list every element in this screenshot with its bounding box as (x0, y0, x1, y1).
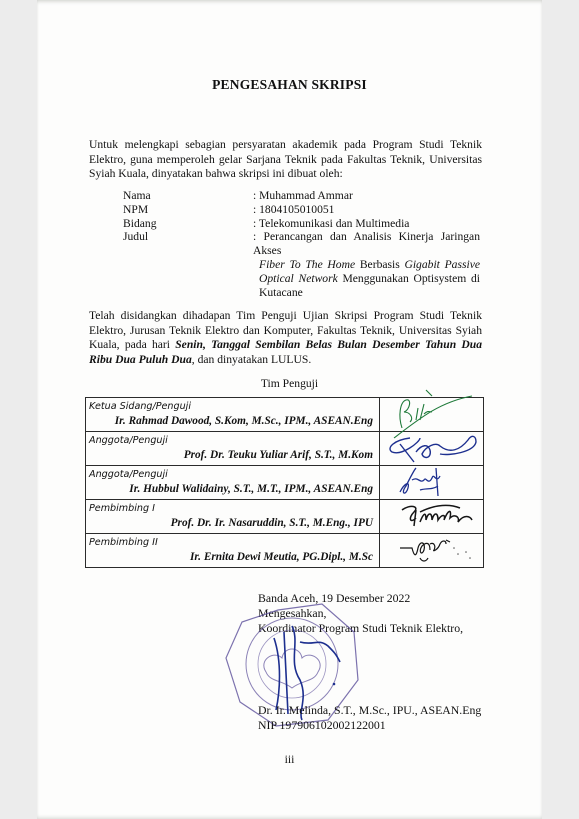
signature-green-icon (380, 398, 483, 432)
examiner-row: Ketua Sidang/Penguji Ir. Rahmad Dawood, … (86, 398, 484, 432)
thesis-title: : Perancangan dan Analisis Kinerja Jarin… (253, 230, 480, 299)
examiner-cell: Anggota/Penguji Prof. Dr. Teuku Yuliar A… (86, 432, 380, 466)
identity-label: Bidang (123, 217, 253, 231)
examiner-row: Anggota/Penguji Prof. Dr. Teuku Yuliar A… (86, 432, 484, 466)
examiner-cell: Anggota/Penguji Ir. Hubbul Walidainy, S.… (86, 466, 380, 500)
examiner-row: Pembimbing II Ir. Ernita Dewi Meutia, PG… (86, 534, 484, 568)
examiner-row: Pembimbing I Prof. Dr. Ir. Nasaruddin, S… (86, 500, 484, 534)
identity-row-nama: Nama : Muhammad Ammar (123, 189, 480, 203)
signature-cell (380, 534, 484, 568)
signature-cell (380, 398, 484, 432)
signature-cell (380, 466, 484, 500)
signature-cell (380, 432, 484, 466)
identity-label: Judul (123, 230, 253, 299)
identity-row-bidang: Bidang : Telekomunikasi dan Multimedia (123, 217, 480, 231)
thesis-title-italic-1: Fiber To The Home (259, 258, 355, 271)
examiner-cell: Pembimbing II Ir. Ernita Dewi Meutia, PG… (86, 534, 380, 568)
coordinator-signature-block: Dr. Ir. Melinda, S.T., M.Sc., IPU., ASEA… (258, 703, 481, 733)
identity-row-npm: NPM : 1804105010051 (123, 203, 480, 217)
defense-paragraph: Telah disidangkan dihadapan Tim Penguji … (89, 309, 482, 367)
examiner-name: Ir. Rahmad Dawood, S.Kom, M.Sc., IPM., A… (86, 413, 379, 429)
signature-blue-icon (380, 432, 483, 466)
intro-paragraph: Untuk melengkapi sebagian persyaratan ak… (89, 138, 482, 182)
examiner-role: Anggota/Penguji (86, 432, 379, 447)
examiner-cell: Pembimbing I Prof. Dr. Ir. Nasaruddin, S… (86, 500, 380, 534)
examiner-role: Anggota/Penguji (86, 466, 379, 481)
identity-row-judul: Judul : Perancangan dan Analisis Kinerja… (123, 230, 480, 299)
signature-cell (380, 500, 484, 534)
thesis-title-prefix: : Perancangan dan Analisis Kinerja Jarin… (253, 230, 480, 257)
identity-value: : Telekomunikasi dan Multimedia (253, 217, 480, 231)
page-number: iii (0, 752, 579, 767)
examiner-row: Anggota/Penguji Ir. Hubbul Walidainy, S.… (86, 466, 484, 500)
identity-label: Nama (123, 189, 253, 203)
signature-blue-icon (380, 466, 483, 500)
signature-black-icon (380, 534, 483, 568)
thesis-title-continued: Fiber To The Home Berbasis Gigabit Passi… (253, 258, 480, 299)
examiners-table: Ketua Sidang/Penguji Ir. Rahmad Dawood, … (85, 397, 484, 568)
coordinator-nip: NIP 197906102002122001 (258, 718, 481, 733)
identity-value: : 1804105010051 (253, 203, 480, 217)
student-identity: Nama : Muhammad Ammar NPM : 180410501005… (123, 189, 480, 299)
defense-text-after: , dan dinyatakan LULUS. (192, 353, 311, 366)
signature-black-icon (380, 500, 483, 534)
identity-value: : Muhammad Ammar (253, 189, 480, 203)
examiners-heading: Tim Penguji (0, 377, 579, 390)
examiner-name: Ir. Ernita Dewi Meutia, PG.Dipl., M.Sc (86, 549, 379, 565)
examiner-name: Ir. Hubbul Walidainy, S.T., M.T., IPM., … (86, 481, 379, 497)
examiner-name: Prof. Dr. Ir. Nasaruddin, S.T., M.Eng., … (86, 515, 379, 531)
identity-label: NPM (123, 203, 253, 217)
examiner-role: Ketua Sidang/Penguji (86, 398, 379, 413)
examiner-name: Prof. Dr. Teuku Yuliar Arif, S.T., M.Kom (86, 447, 379, 463)
thesis-title-mid: Berbasis (355, 258, 404, 271)
coordinator-name: Dr. Ir. Melinda, S.T., M.Sc., IPU., ASEA… (258, 703, 481, 718)
page-title: PENGESAHAN SKRIPSI (0, 77, 579, 93)
examiner-cell: Ketua Sidang/Penguji Ir. Rahmad Dawood, … (86, 398, 380, 432)
examiner-role: Pembimbing I (86, 500, 379, 515)
examiner-role: Pembimbing II (86, 534, 379, 549)
